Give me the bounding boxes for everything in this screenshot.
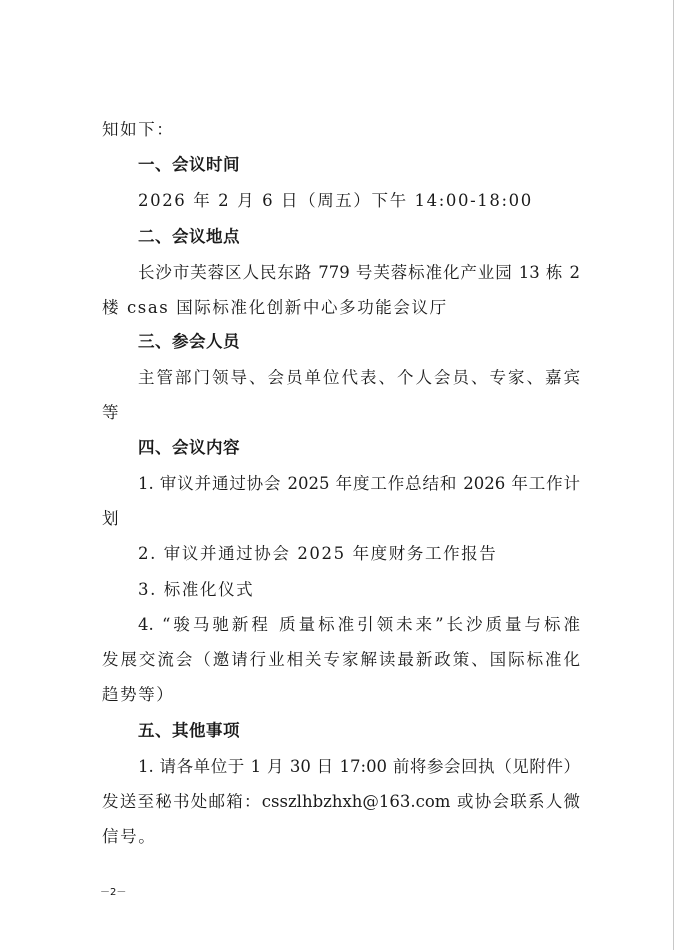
content-item-4-line-1: 4. “骏马驰新程 质量标准引领未来”长沙质量与标准: [138, 615, 580, 635]
other-item-1-line-2: 发送至秘书处邮箱：csszlhbzhxh@163.com 或协会联系人微: [102, 792, 580, 812]
location-line-1: 长沙市芙蓉区人民东路 779 号芙蓉标准化产业园 13 栋 2: [138, 263, 580, 283]
section-heading-time: 一、会议时间: [138, 155, 240, 175]
other-item-1-line-3: 信号。: [102, 827, 156, 847]
other-item-1-line-1: 1. 请各单位于 1 月 30 日 17:00 前将参会回执（见附件）: [138, 757, 580, 777]
content-item-4-line-2: 发展交流会（邀请行业相关专家解读最新政策、国际标准化: [102, 650, 580, 670]
location-line-2: 楼 csas 国际标准化创新中心多功能会议厅: [102, 298, 448, 318]
content-item-2: 2. 审议并通过协会 2025 年度财务工作报告: [138, 544, 497, 564]
page-edge: [673, 0, 674, 950]
attendees-line-1: 主管部门领导、会员单位代表、个人会员、专家、嘉宾: [138, 368, 580, 388]
content-item-1-line-1: 1. 审议并通过协会 2025 年度工作总结和 2026 年工作计: [138, 474, 580, 494]
intro-text: 知如下：: [102, 120, 174, 140]
section-heading-other: 五、其他事项: [138, 721, 240, 741]
section-heading-attendees: 三、参会人员: [138, 332, 240, 352]
attendees-line-2: 等: [102, 403, 120, 423]
section-heading-content: 四、会议内容: [138, 438, 240, 458]
content-item-3: 3. 标准化仪式: [138, 580, 254, 600]
meeting-time: 2026 年 2 月 6 日（周五）下午 14:00-18:00: [138, 191, 533, 211]
section-heading-location: 二、会议地点: [138, 227, 240, 247]
content-item-4-line-3: 趋势等）: [102, 685, 174, 705]
content-item-1-line-2: 划: [102, 509, 120, 529]
page-number: －2－: [100, 883, 126, 898]
